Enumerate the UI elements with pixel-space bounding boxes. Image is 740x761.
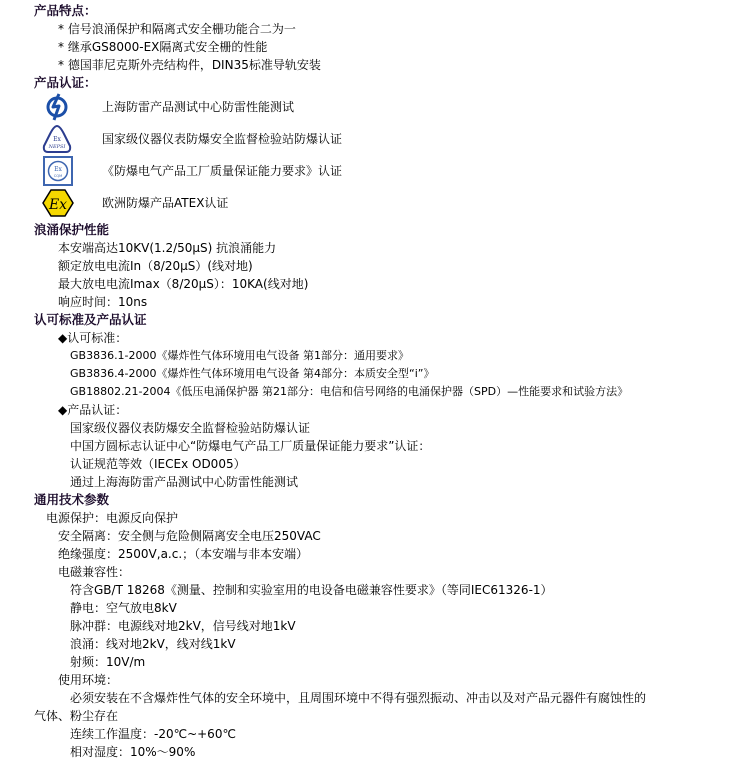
approval-item: GB3836.4-2000《爆炸性气体环境用电气设备 第4部分：本质安全型“i”… <box>70 365 434 383</box>
svg-text:Ex: Ex <box>54 166 62 173</box>
surge-item: 最大放电电流Imax（8/20μS）：10KA(线对地) <box>58 275 308 293</box>
product-cert-item: 通过上海海防雷产品测试中心防雷性能测试 <box>70 473 298 491</box>
emc-item: 脉冲群：电源线对地2kV，信号线对地1kV <box>70 617 296 635</box>
certifications-heading: 产品认证： <box>34 74 97 92</box>
atex-ex-hexagon-icon: Ex <box>42 188 72 218</box>
feature-item: * 信号浪涌保护和隔离式安全栅功能合二为一 <box>58 20 296 38</box>
isolation: 安全隔离：安全侧与危险侧隔离安全电压250VAC <box>58 527 321 545</box>
feature-item: * 继承GS8000-EX隔离式安全栅的性能 <box>58 38 267 56</box>
surge-heading: 浪涌保护性能 <box>34 221 109 239</box>
ex-cqm-logo-icon: Ex CQM <box>43 156 73 186</box>
product-cert-item: 认证规范等效（IECEx OD005） <box>70 455 246 473</box>
lightning-protection-logo-icon <box>42 92 72 122</box>
cert-label: 欧洲防爆产品ATEX认证 <box>102 194 228 212</box>
insulation: 绝缘强度：2500V,a.c.；（本安端与非本安端） <box>58 545 308 563</box>
approval-item: GB3836.1-2000《爆炸性气体环境用电气设备 第1部分：通用要求》 <box>70 347 409 365</box>
emc-item: 静电：空气放电8kV <box>70 599 177 617</box>
cert-label: 《防爆电气产品工厂质量保证能力要求》认证 <box>102 162 342 180</box>
approval-label: ◆认可标准： <box>58 329 127 347</box>
product-cert-label: ◆产品认证： <box>58 401 127 419</box>
nepsi-ex-logo-icon: Ex NEPSI <box>42 124 72 154</box>
features-heading: 产品特点： <box>34 2 97 20</box>
emc-item: 符含GB/T 18268《测量、控制和实验室用的电设备电磁兼容性要求》（等同IE… <box>70 581 553 599</box>
svg-text:CQM: CQM <box>54 174 62 178</box>
emc-label: 电磁兼容性： <box>58 563 130 581</box>
svg-text:Ex: Ex <box>48 197 67 213</box>
surge-item: 本安端高达10KV(1.2/50μS) 抗浪涌能力 <box>58 239 276 257</box>
standards-heading: 认可标准及产品认证 <box>34 311 147 329</box>
cert-label: 国家级仪器仪表防爆安全监督检验站防爆认证 <box>102 130 342 148</box>
feature-item: * 德国菲尼克斯外壳结构件，DIN35标准导轨安装 <box>58 56 321 74</box>
relative-humidity: 相对湿度：10%～90% <box>70 743 195 761</box>
svg-text:NEPSI: NEPSI <box>48 144 67 150</box>
emc-item: 射频：10V/m <box>70 653 145 671</box>
surge-item: 额定放电电流In（8/20μS）(线对地) <box>58 257 253 275</box>
env-text-continued: 气体、粉尘存在 <box>34 707 118 725</box>
surge-item: 响应时间：10ns <box>58 293 147 311</box>
general-heading: 通用技术参数 <box>34 491 109 509</box>
cert-label: 上海防雷产品测试中心防雷性能测试 <box>102 98 294 116</box>
env-label: 使用环境： <box>58 671 118 689</box>
approval-item: GB18802.21-2004《低压电涌保护器 第21部分：电信和信号网络的电涌… <box>70 383 628 401</box>
svg-text:Ex: Ex <box>53 136 61 143</box>
emc-item: 浪涌：线对地2kV，线对线1kV <box>70 635 236 653</box>
product-cert-item: 中国方圆标志认证中心“防爆电气产品工厂质量保证能力要求”认证： <box>70 437 430 455</box>
operating-temperature: 连续工作温度：-20℃~+60℃ <box>70 725 236 743</box>
power-protection: 电源保护：电源反向保护 <box>46 509 178 527</box>
product-cert-item: 国家级仪器仪表防爆安全监督检验站防爆认证 <box>70 419 310 437</box>
env-text: 必须安装在不含爆炸性气体的安全环境中，且周围环境中不得有强烈振动、冲击以及对产品… <box>70 689 646 707</box>
